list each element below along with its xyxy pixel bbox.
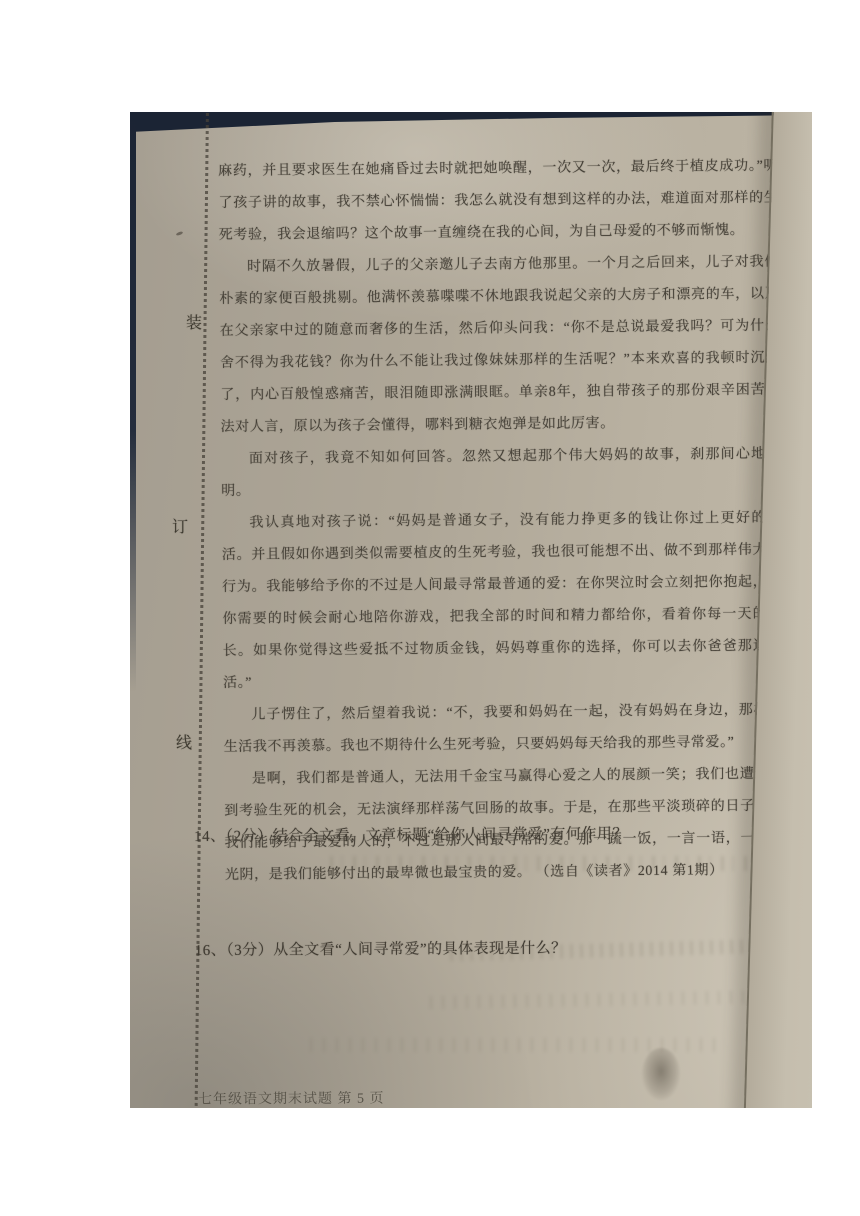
exam-paper-photo: 装 订 线 麻药，并且要求医生在她痛昏过去时就把她唤醒，一次又一次，最后终于植皮… <box>130 112 812 1108</box>
desk-background-top-edge <box>130 112 812 134</box>
reading-passage: 麻药，并且要求医生在她痛昏过去时就把她唤醒，一次又一次，最后终于植皮成功。”听了… <box>218 151 785 892</box>
passage-paragraph: 儿子愣住了，然后望着我说：“不，我要和妈妈在一起，没有妈妈在身边，那样的生活我不… <box>223 695 784 764</box>
binding-label-xian: 线 <box>176 730 192 753</box>
ink-smudge <box>642 1048 680 1100</box>
binding-label-zhuang: 装 <box>186 310 202 333</box>
stray-pen-mark <box>176 231 184 236</box>
questions-block: 14、（2分）结合全文看，文章标题“给你人间寻常爱”有何作用？ 16、（3分）从… <box>194 820 795 964</box>
binding-label-ding: 订 <box>172 514 188 537</box>
question-16: 16、（3分）从全文看“人间寻常爱”的具体表现是什么？ <box>195 934 795 964</box>
passage-paragraph: 时隔不久放暑假，儿子的父亲邀儿子去南方他那里。一个月之后回来，儿子对我们朴素的家… <box>219 247 781 444</box>
page-footer: 七年级语文期末试题 第 5 页 <box>198 1090 385 1108</box>
desk-background-left-edge <box>130 112 136 692</box>
ink-bleedthrough <box>430 990 790 1009</box>
passage-paragraph: 麻药，并且要求医生在她痛昏过去时就把她唤醒，一次又一次，最后终于植皮成功。”听了… <box>218 151 779 252</box>
question-14: 14、（2分）结合全文看，文章标题“给你人间寻常爱”有何作用？ <box>194 820 794 850</box>
passage-paragraph: 我认真地对孩子说：“妈妈是普通女子，没有能力挣更多的钱让你过上更好的生活。并且假… <box>221 503 783 700</box>
scan-page: 装 订 线 麻药，并且要求医生在她痛昏过去时就把她唤醒，一次又一次，最后终于植皮… <box>0 0 860 1216</box>
passage-paragraph: 面对孩子，我竟不知如何回答。忽然又想起那个伟大妈妈的故事，刹那间心地洞明。 <box>221 439 782 508</box>
